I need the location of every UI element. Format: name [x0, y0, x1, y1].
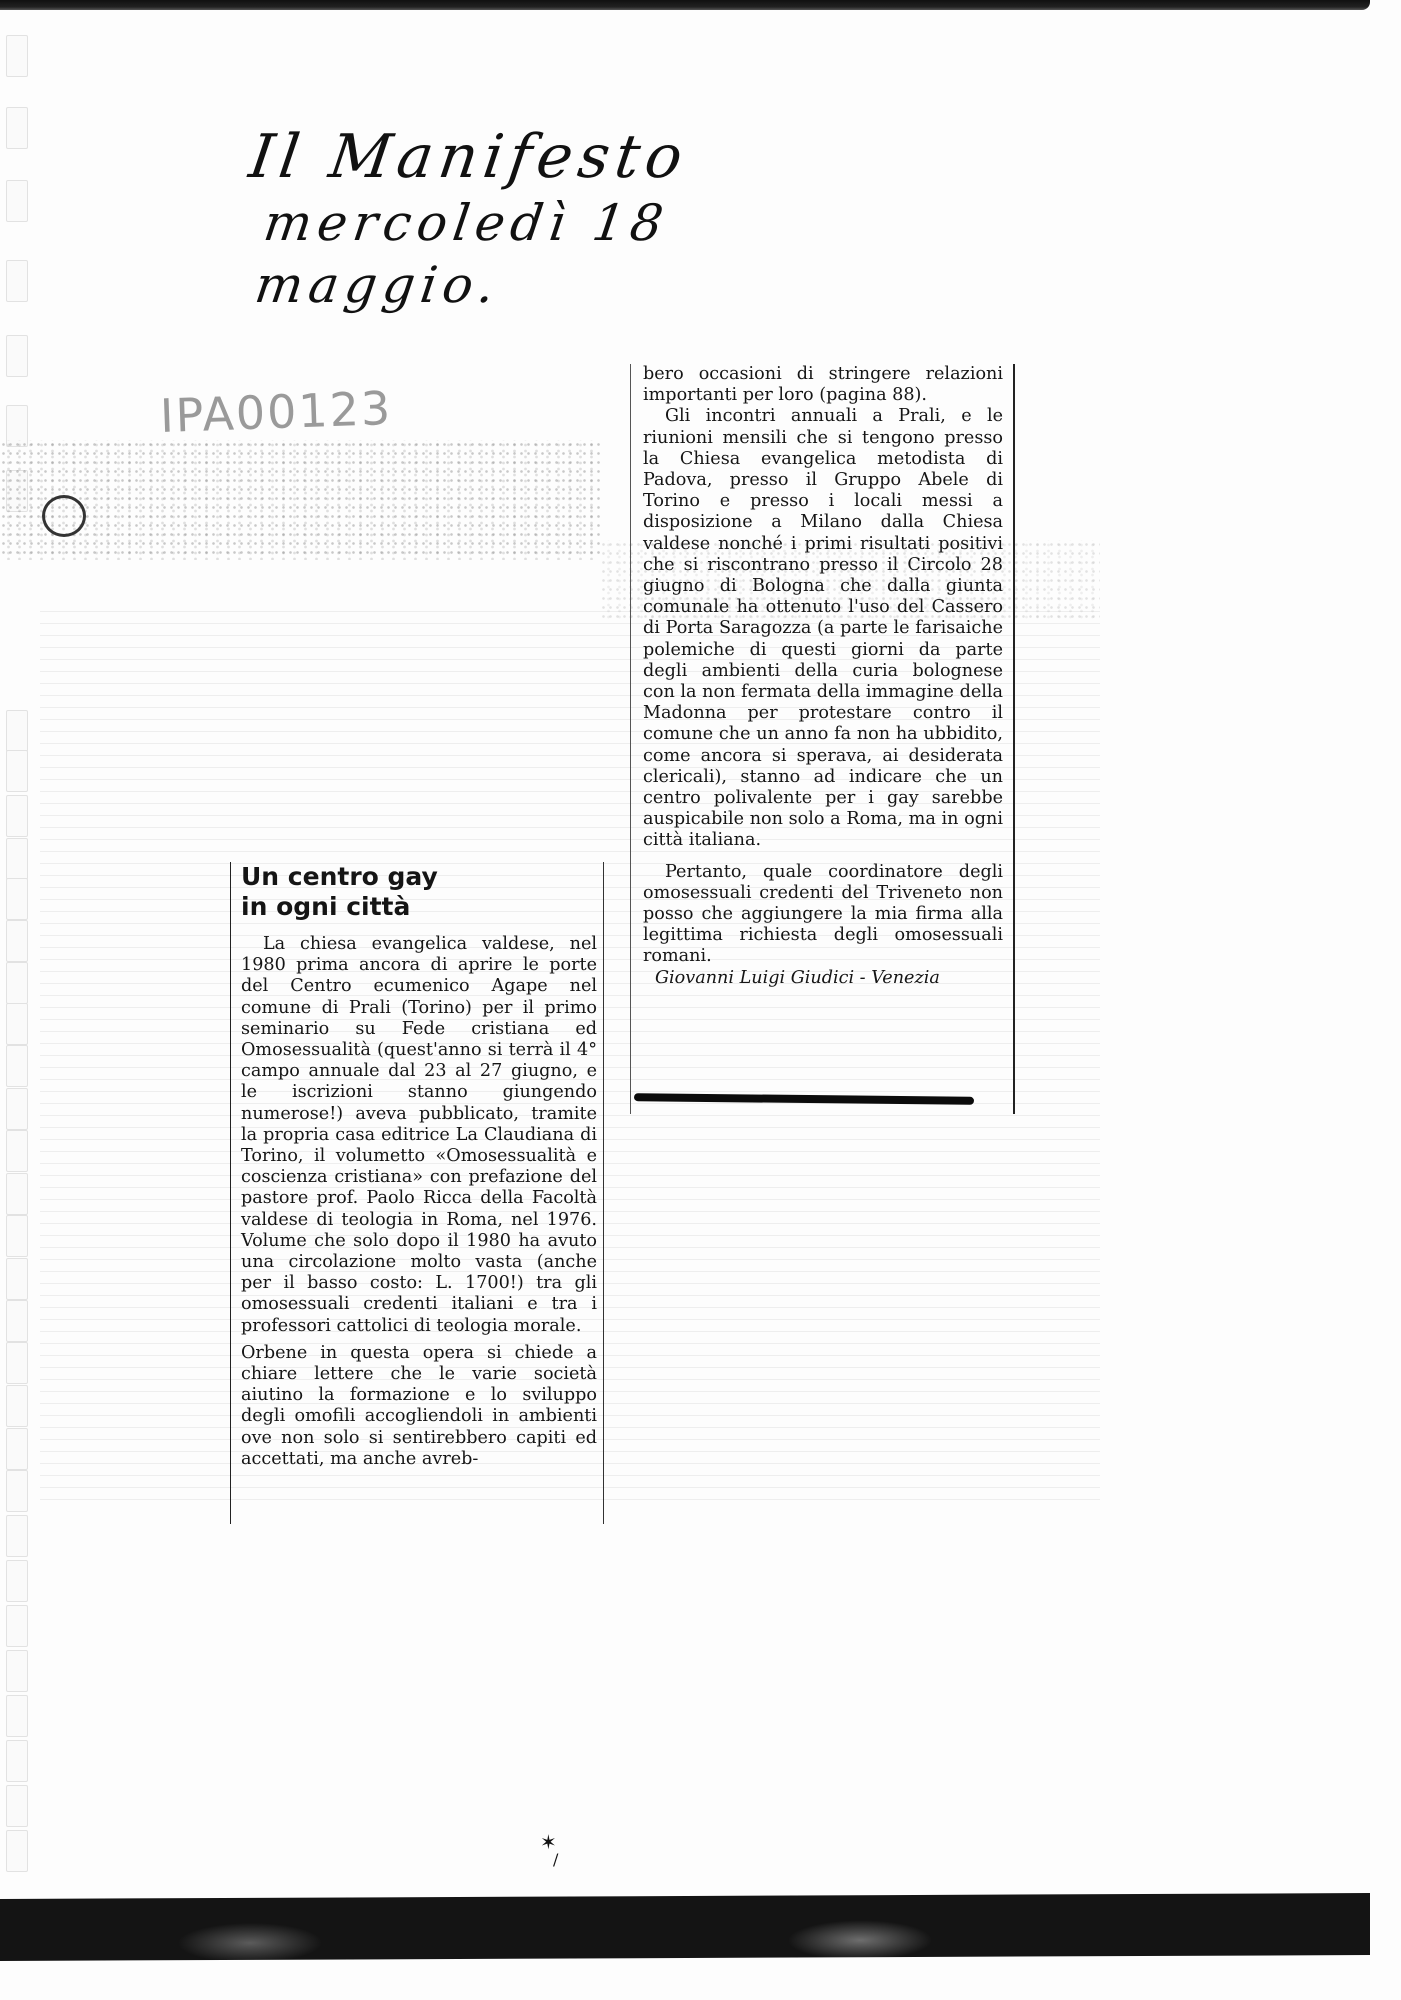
binder-hole: [6, 878, 28, 920]
binder-hole: [6, 1385, 28, 1427]
binder-hole: [6, 1470, 28, 1512]
binder-hole: [6, 1003, 28, 1045]
headline-line-2: in ogni città: [241, 892, 597, 922]
binder-hole: [6, 1045, 28, 1087]
binder-hole: [6, 920, 28, 962]
article-paragraph: Gli incontri annuali a Prali, e le riuni…: [643, 406, 1003, 851]
binder-hole: [6, 962, 28, 1004]
handwritten-source: Il Manifesto: [245, 122, 935, 192]
article-paragraph: La chiesa evangelica valdese, nel 1980 p…: [241, 934, 597, 1337]
binder-hole: [6, 335, 28, 377]
binder-hole: [6, 35, 28, 77]
binder-hole: [6, 1830, 28, 1872]
binder-hole: [6, 1605, 28, 1647]
scan-noise: [0, 440, 600, 560]
stamp-circle-mark: [42, 495, 86, 537]
binder-hole: [6, 750, 28, 792]
binder-hole: [6, 1560, 28, 1602]
scan-edge-bottom: [0, 1893, 1370, 1961]
binder-hole: [6, 1130, 28, 1172]
binder-hole: [6, 1428, 28, 1470]
scan-mark: /: [553, 1850, 558, 1869]
scan-edge-top: [0, 0, 1370, 10]
article-paragraph: Orbene in questa opera si chiede a chiar…: [241, 1343, 597, 1470]
binder-hole: [6, 795, 28, 837]
article-paragraph: bero occasioni di stringere relazioni im…: [643, 364, 1003, 406]
article-headline: Un centro gay in ogni città: [241, 862, 597, 922]
binder-hole: [6, 1650, 28, 1692]
binder-hole: [6, 710, 28, 752]
article-column-1: Un centro gay in ogni città La chiesa ev…: [230, 862, 604, 1524]
handwritten-date: mercoledì 18 maggio.: [251, 192, 938, 316]
binder-hole: [6, 1342, 28, 1384]
binder-hole: [6, 1695, 28, 1737]
binder-hole: [6, 838, 28, 880]
binder-hole: [6, 180, 28, 222]
binder-hole: [6, 1173, 28, 1215]
binder-hole: [6, 260, 28, 302]
article-column-2: bero occasioni di stringere relazioni im…: [630, 364, 1015, 1114]
binder-hole: [6, 1740, 28, 1782]
binder-holes: [6, 0, 32, 1900]
binder-hole: [6, 1785, 28, 1827]
handwritten-annotation: Il Manifesto mercoledì 18 maggio.: [230, 122, 930, 316]
article-signature: Giovanni Luigi Giudici - Venezia: [643, 968, 1003, 989]
article-paragraph: Pertanto, quale coordinatore degli omose…: [643, 862, 1003, 968]
binder-hole: [6, 1088, 28, 1130]
binder-hole: [6, 107, 28, 149]
binder-hole: [6, 1300, 28, 1342]
binder-hole: [6, 1215, 28, 1257]
binder-hole: [6, 1515, 28, 1557]
binder-hole: [6, 1258, 28, 1300]
headline-line-1: Un centro gay: [241, 862, 597, 892]
archive-code: IPA00123: [159, 381, 393, 443]
